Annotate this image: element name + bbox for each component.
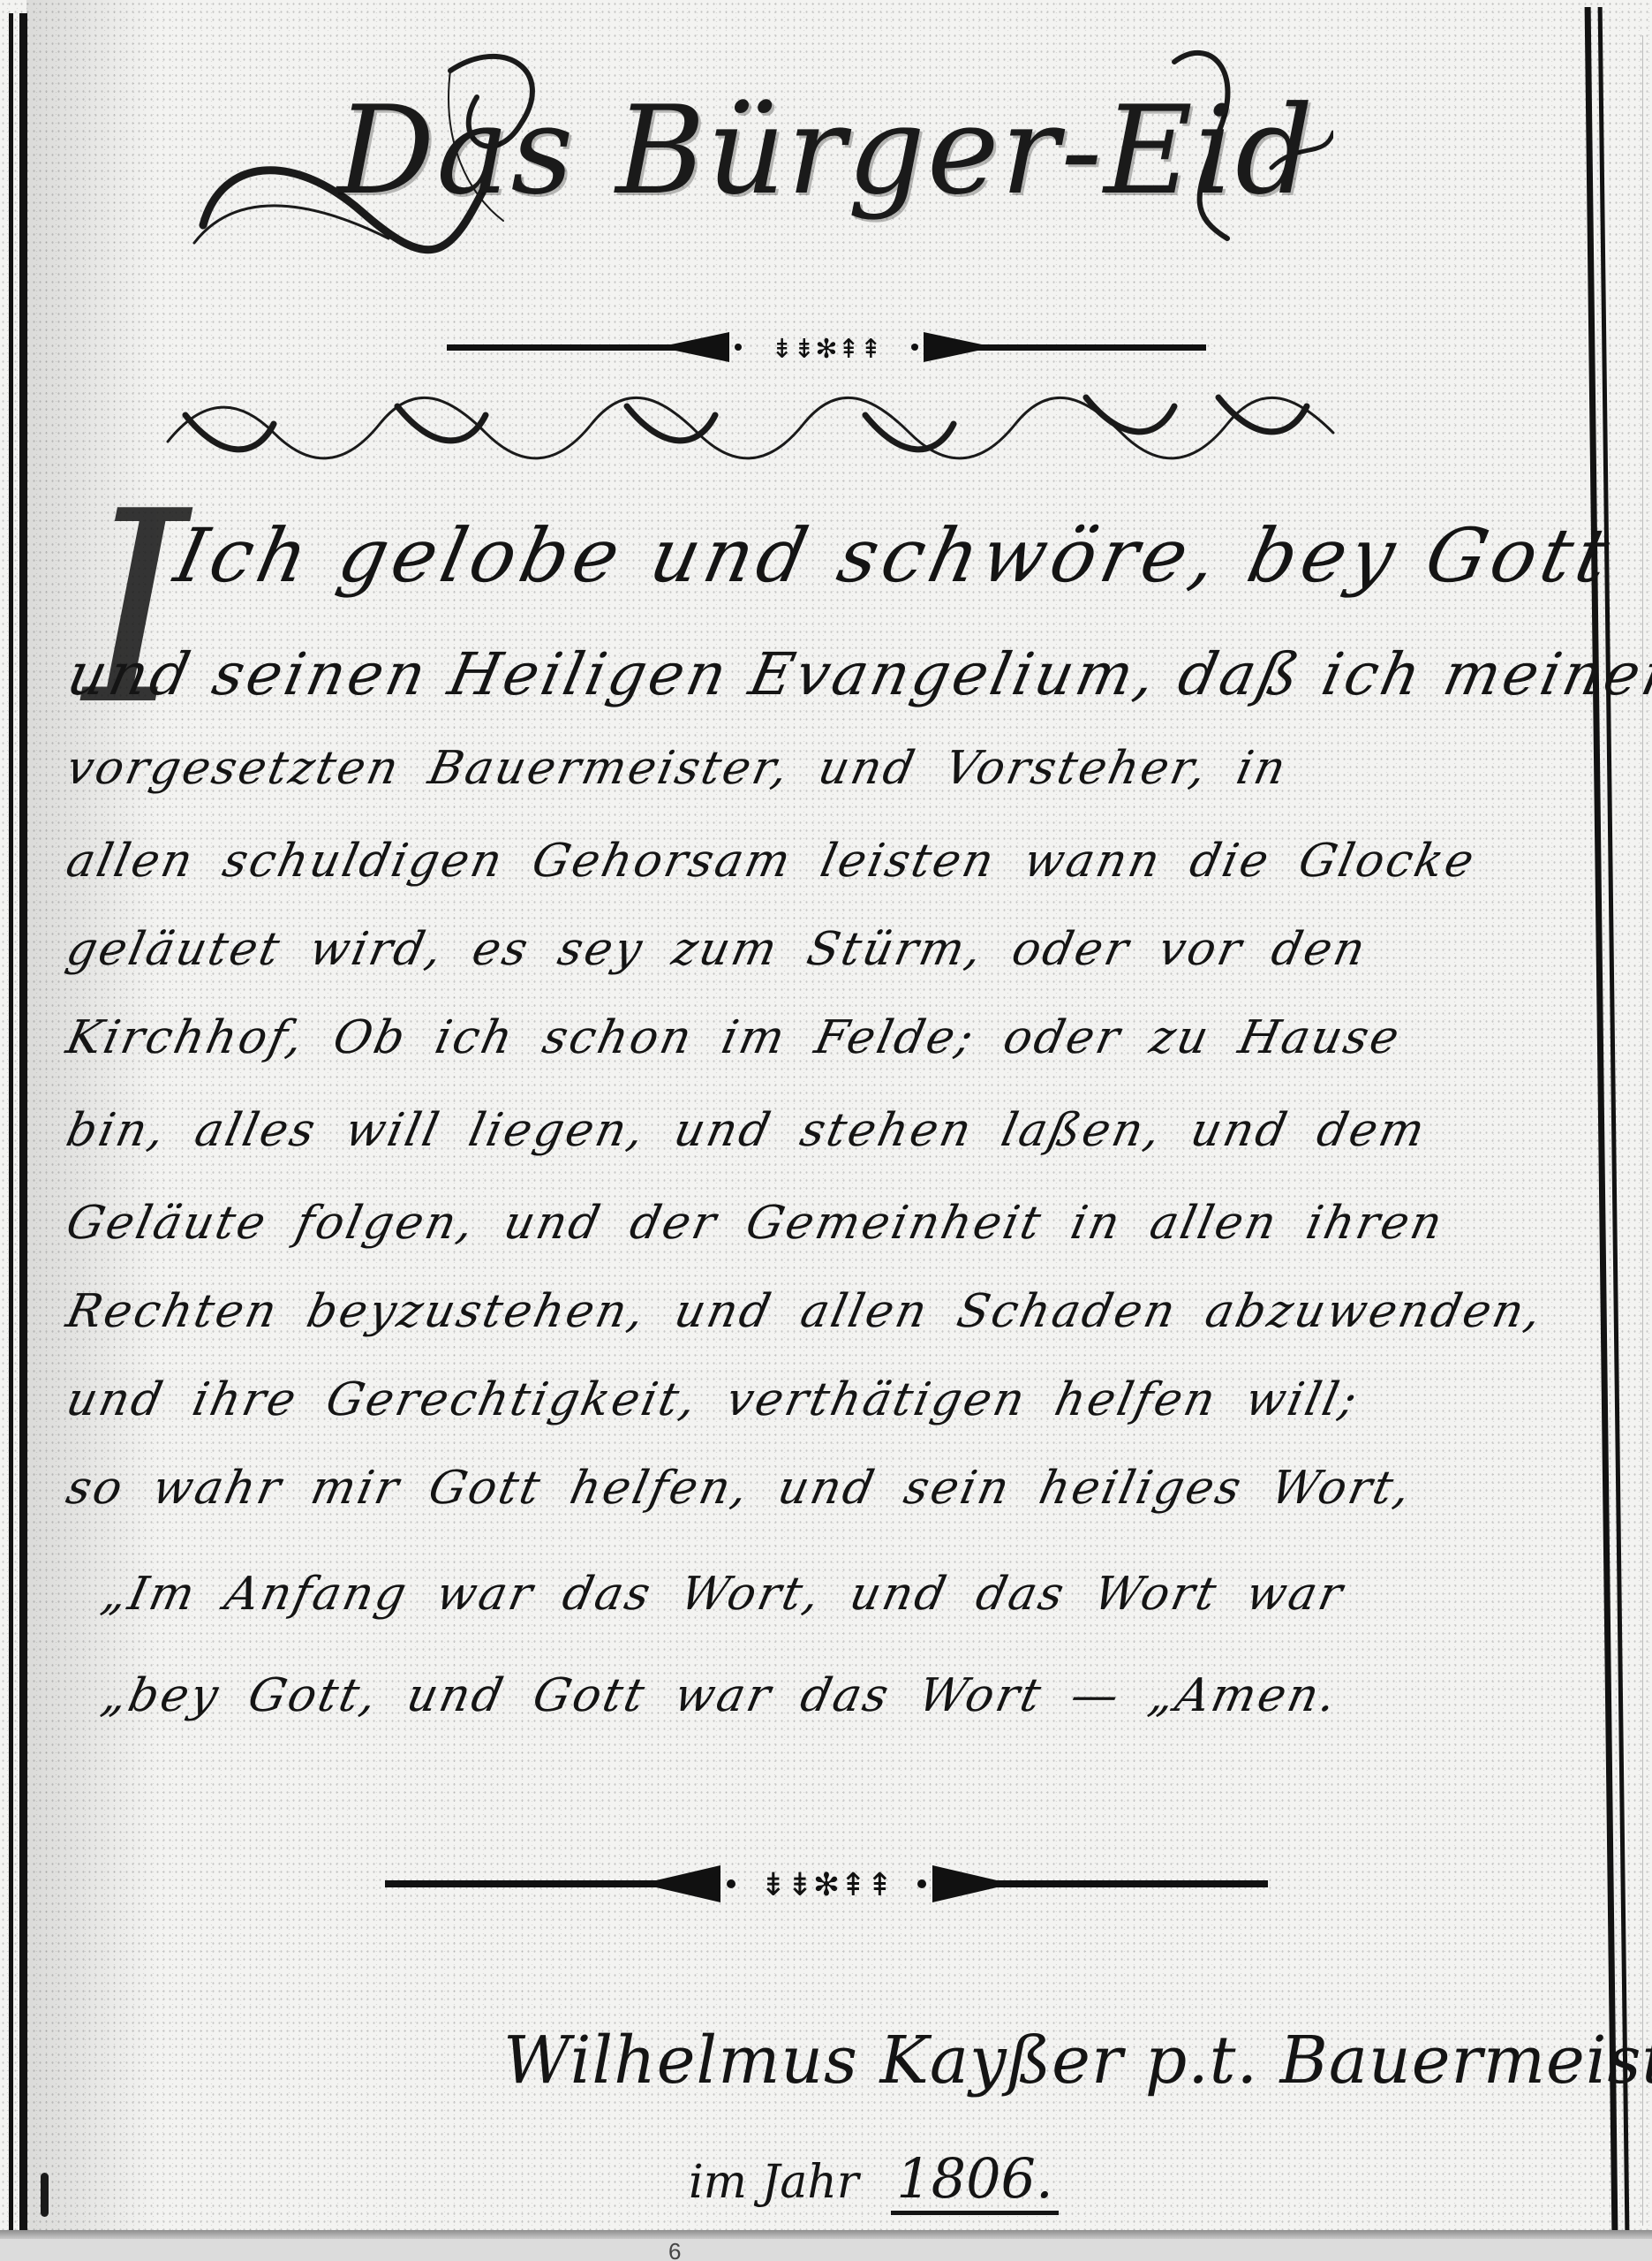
oath-line-1: Ich gelobe und schwöre, bey Gott	[168, 512, 1652, 599]
svg-text:⇟⇟✻⇞⇞: ⇟⇟✻⇞⇞	[771, 334, 882, 365]
signature: Wilhelmus Kayßer p.t. Bauermeister.	[503, 2023, 1652, 2098]
top-ornamental-divider: ⇟⇟✻⇞⇞	[0, 325, 1652, 378]
oath-line-8: Geläute folgen, und der Gemeinheit in al…	[62, 1197, 1601, 1250]
svg-text:⇟⇟✻⇞⇞: ⇟⇟✻⇞⇞	[759, 1867, 893, 1903]
oath-line-5: geläutet wird, es sey zum Stürm, oder vo…	[62, 923, 1601, 976]
oath-line-4: allen schuldigen Gehorsam leisten wann d…	[62, 835, 1601, 888]
document-page: Das Bürger-Eid ⇟⇟✻⇞⇞ I Ich gelobe und sc…	[0, 0, 1652, 2232]
bottom-ornamental-divider: ⇟⇟✻⇞⇞	[0, 1856, 1652, 1909]
date-year: 1806.	[891, 2146, 1059, 2215]
oath-line-9: Rechten beyzustehen, und allen Schaden a…	[62, 1285, 1601, 1338]
oath-line-13: „bey Gott, und Gott war das Wort — „Amen…	[97, 1669, 1636, 1722]
arrow-divider-icon: ⇟⇟✻⇞⇞	[447, 325, 1206, 369]
flourish-band-icon	[132, 389, 1510, 468]
document-title: Das Bürger-Eid	[0, 79, 1652, 222]
oath-line-11: so wahr mir Gott helfen, und sein heilig…	[62, 1462, 1601, 1515]
ink-mark	[41, 2173, 49, 2217]
page-number: 6	[668, 2238, 681, 2261]
page-edge-shadow	[0, 2230, 1652, 2239]
oath-line-10: und ihre Gerechtigkeit, verthätigen helf…	[62, 1373, 1601, 1426]
oath-line-2: und seinen Heiligen Evangelium, daß ich …	[62, 640, 1603, 708]
scan-margin	[0, 2239, 1652, 2261]
oath-line-6: Kirchhof, Ob ich schon im Felde; oder zu…	[62, 1011, 1601, 1064]
arrow-divider-icon: ⇟⇟✻⇞⇞	[385, 1856, 1268, 1909]
oath-line-3: vorgesetzten Bauermeister, und Vorsteher…	[62, 742, 1601, 795]
date-line: im Jahr 1806.	[689, 2146, 1059, 2211]
date-prefix: im Jahr	[689, 2156, 859, 2209]
oath-line-12: „Im Anfang war das Wort, und das Wort wa…	[97, 1568, 1636, 1621]
oath-line-7: bin, alles will liegen, und stehen laßen…	[62, 1104, 1601, 1157]
